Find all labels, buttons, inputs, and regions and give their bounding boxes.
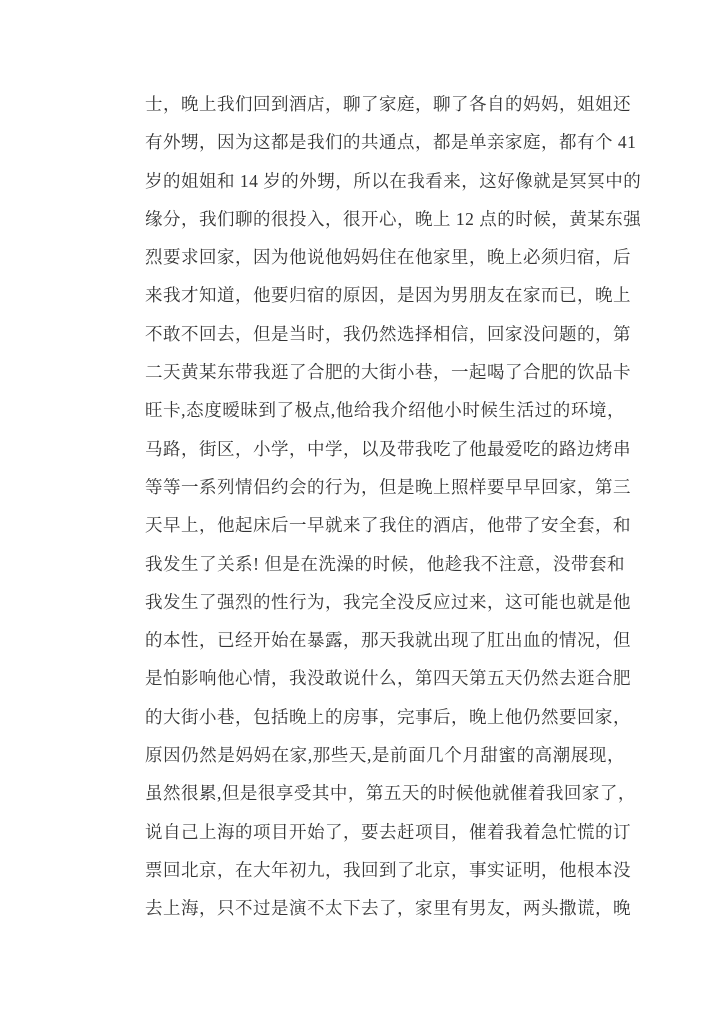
text-line: 岁的姐姐和 14 岁的外甥，所以在我看来，这好像就是冥冥中的 [145, 162, 625, 200]
document-page: 士，晚上我们回到酒店，聊了家庭，聊了各自的妈妈，姐姐还 有外甥，因为这都是我们的… [0, 0, 724, 1024]
text-line: 我发生了关系! 但是在洗澡的时候，他趁我不注意，没带套和 [145, 545, 625, 583]
text-line: 虽然很累,但是很享受其中，第五天的时候他就催着我回家了， [145, 774, 625, 812]
text-line: 士，晚上我们回到酒店，聊了家庭，聊了各自的妈妈，姐姐还 [145, 85, 625, 123]
text-line: 来我才知道，他要归宿的原因，是因为男朋友在家而已，晚上 [145, 276, 625, 314]
text-line: 天早上，他起床后一早就来了我住的酒店，他带了安全套，和 [145, 506, 625, 544]
text-line: 缘分，我们聊的很投入，很开心，晚上 12 点的时候，黄某东强 [145, 200, 625, 238]
text-line: 有外甥，因为这都是我们的共通点，都是单亲家庭，都有个 41 [145, 123, 625, 161]
text-line: 不敢不回去，但是当时，我仍然选择相信，回家没问题的，第 [145, 315, 625, 353]
text-line: 旺卡,态度暧昧到了极点,他给我介绍他小时候生活过的环境， [145, 391, 625, 429]
text-line: 烈要求回家，因为他说他妈妈住在他家里，晚上必须归宿，后 [145, 238, 625, 276]
text-line: 的大街小巷，包括晚上的房事，完事后，晚上他仍然要回家， [145, 698, 625, 736]
text-line: 票回北京，在大年初九，我回到了北京，事实证明，他根本没 [145, 851, 625, 889]
text-line: 二天黄某东带我逛了合肥的大街小巷，一起喝了合肥的饮品卡 [145, 353, 625, 391]
text-line: 去上海，只不过是演不太下去了，家里有男友，两头撒谎，晚 [145, 889, 625, 927]
text-line: 我发生了强烈的性行为，我完全没反应过来，这可能也就是他 [145, 583, 625, 621]
text-line: 等等一系列情侣约会的行为，但是晚上照样要早早回家，第三 [145, 468, 625, 506]
text-line: 的本性，已经开始在暴露，那天我就出现了肛出血的情况，但 [145, 621, 625, 659]
text-line: 原因仍然是妈妈在家,那些天,是前面几个月甜蜜的高潮展现， [145, 736, 625, 774]
text-line: 说自己上海的项目开始了，要去赶项目，催着我着急忙慌的订 [145, 813, 625, 851]
text-line: 是怕影响他心情，我没敢说什么，第四天第五天仍然去逛合肥 [145, 659, 625, 697]
text-line: 马路，街区，小学，中学，以及带我吃了他最爱吃的路边烤串 [145, 430, 625, 468]
text-block: 士，晚上我们回到酒店，聊了家庭，聊了各自的妈妈，姐姐还 有外甥，因为这都是我们的… [145, 85, 625, 928]
